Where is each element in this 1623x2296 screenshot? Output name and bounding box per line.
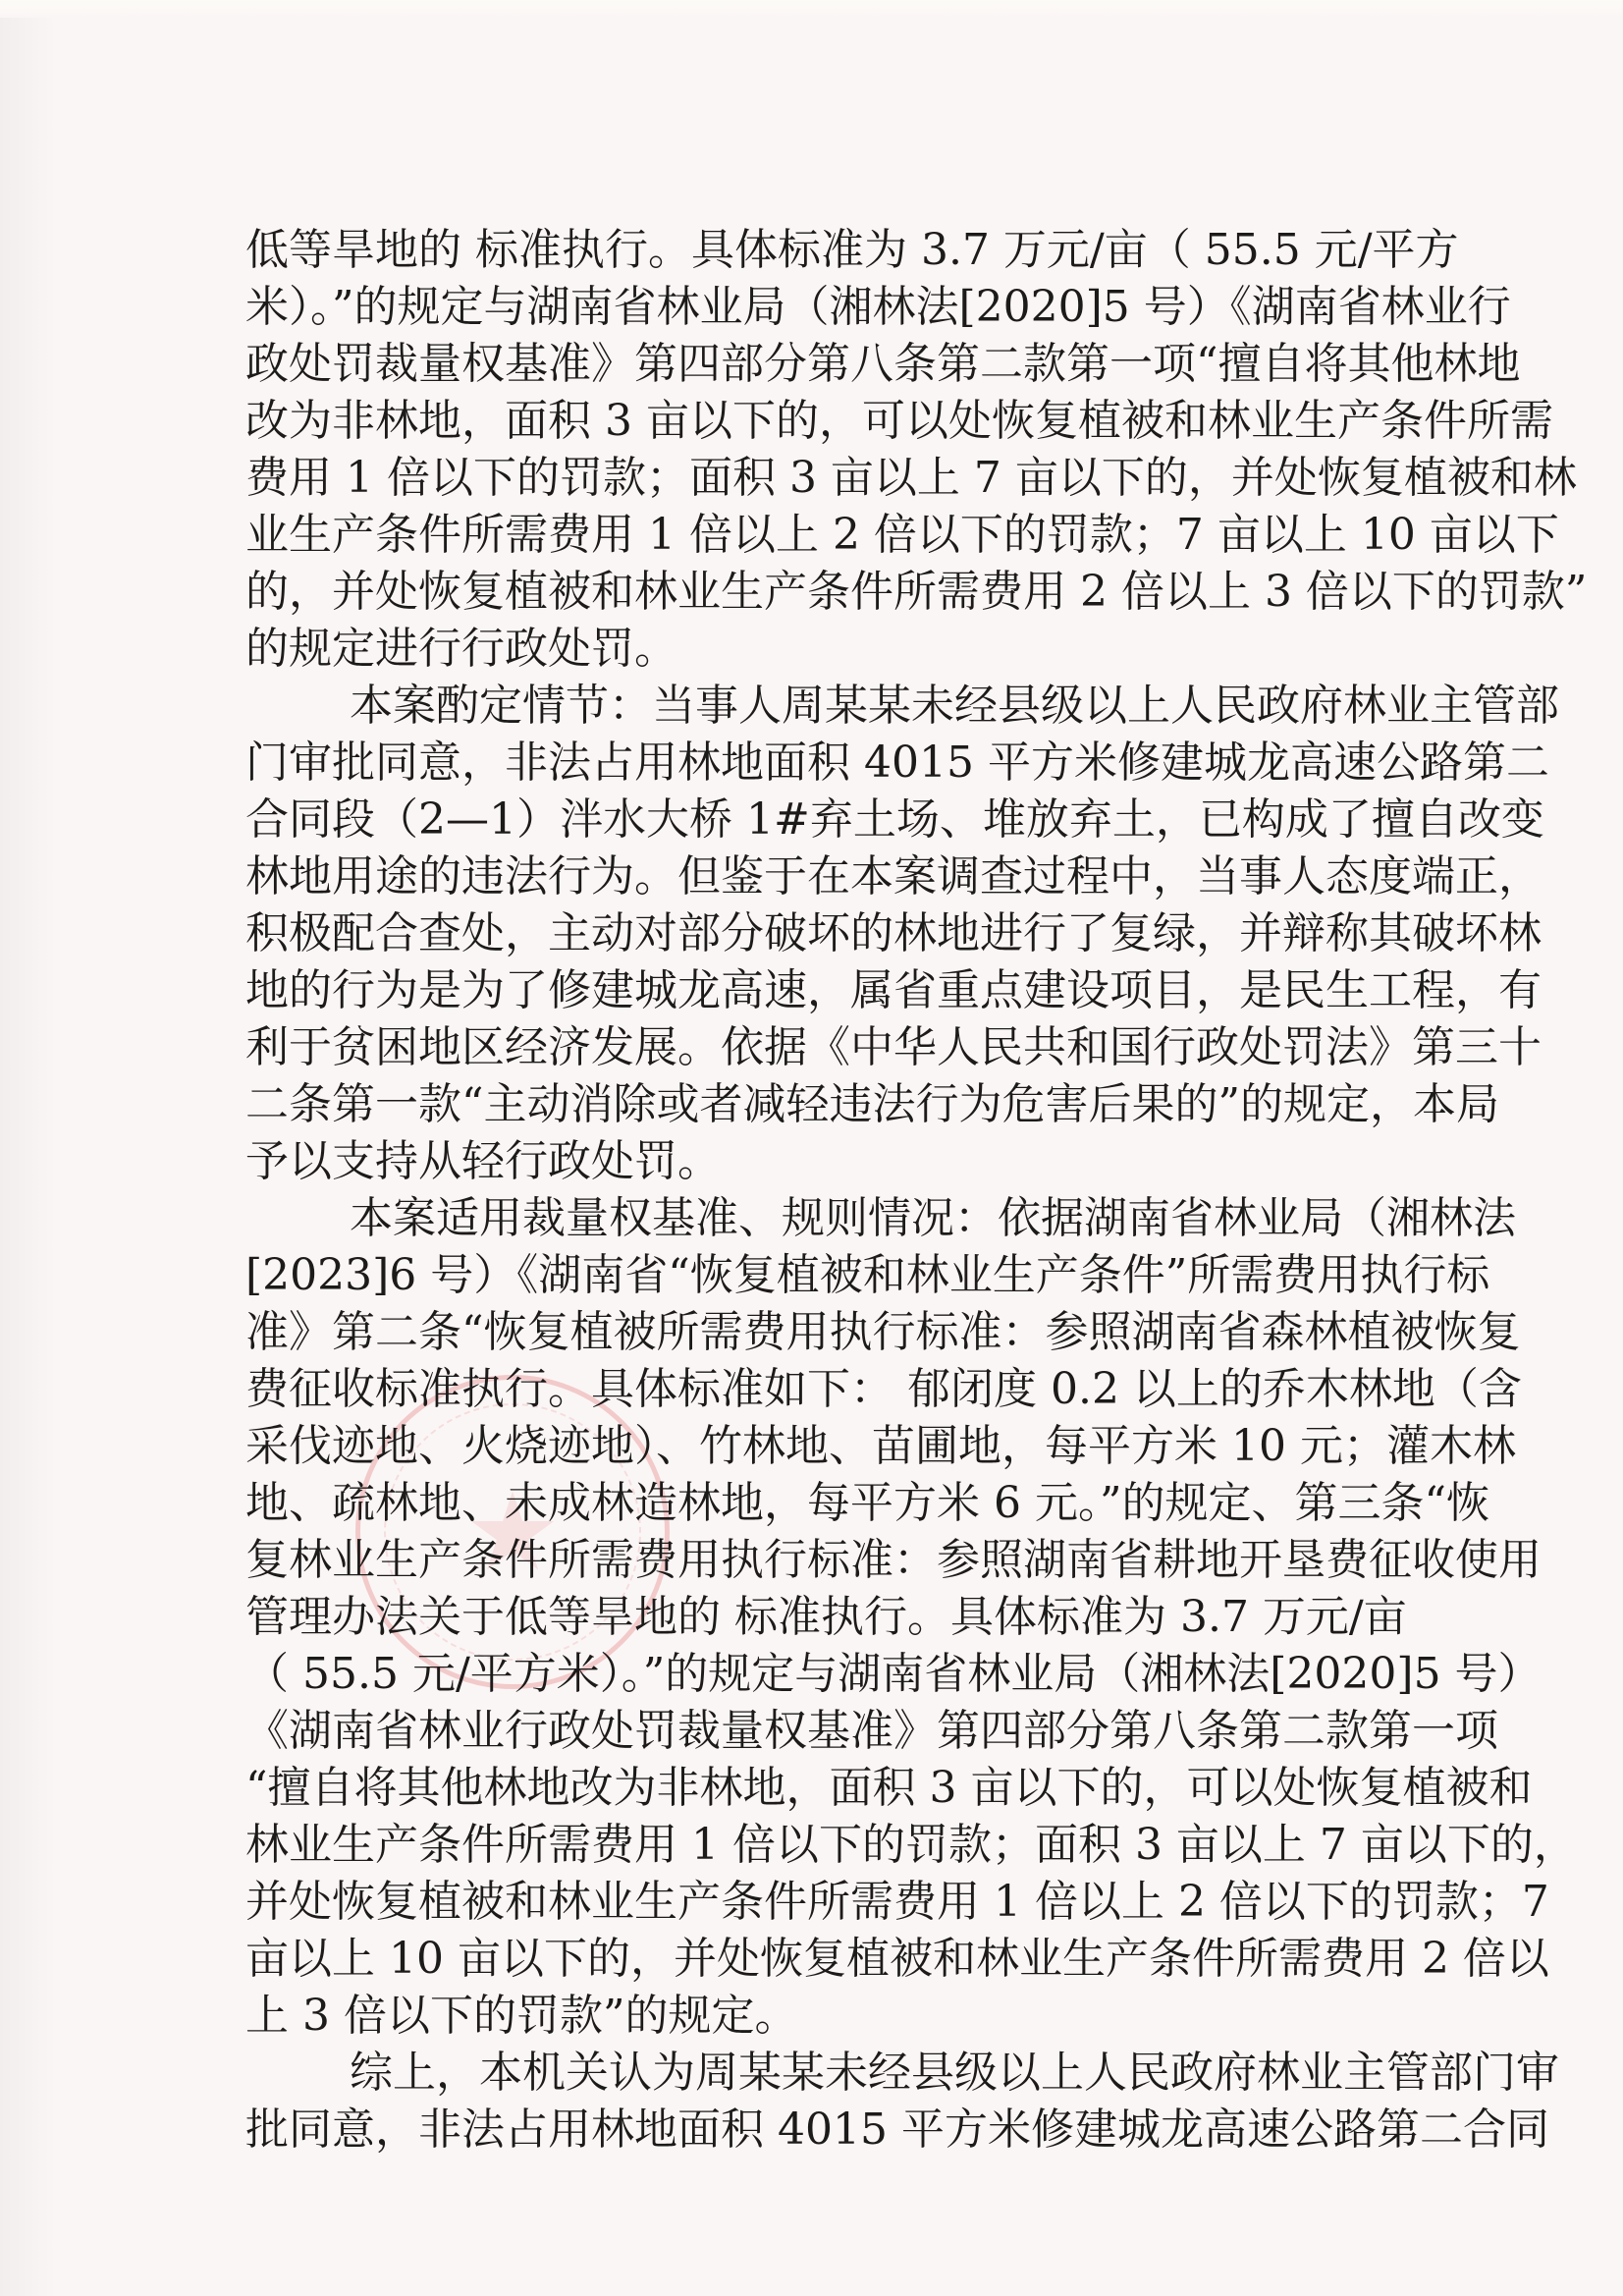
text-line: 予以支持从轻行政处罚。 [245, 1133, 1394, 1190]
text-line: 管理办法关于低等旱地的 标准执行。具体标准为 3.7 万元/亩 [245, 1589, 1394, 1646]
text-line: 批同意，非法占用林地面积 4015 平方米修建城龙高速公路第二合同 [245, 2102, 1394, 2159]
text-line: 费征收标准执行。具体标准如下： 郁闭度 0.2 以上的乔木林地（含 [245, 1361, 1394, 1418]
text-line: 业生产条件所需费用 1 倍以上 2 倍以下的罚款；7 亩以上 10 亩以下 [245, 507, 1394, 564]
text-line: 的，并处恢复植被和林业生产条件所需费用 2 倍以上 3 倍以下的罚款” [245, 564, 1394, 621]
text-line: 改为非林地，面积 3 亩以下的，可以处恢复植被和林业生产条件所需 [245, 393, 1394, 450]
text-line: 费用 1 倍以下的罚款；面积 3 亩以上 7 亩以下的，并处恢复植被和林 [245, 450, 1394, 507]
text-line: 《湖南省林业行政处罚裁量权基准》第四部分第八条第二款第一项 [245, 1703, 1394, 1760]
paragraph-applicable-standards: 本案适用裁量权基准、规则情况：依据湖南省林业局（湘林法 [2023]6 号）《湖… [245, 1190, 1394, 2045]
text-line: （ 55.5 元/平方米）。”的规定与湖南省林业局（湘林法[2020]5 号） [245, 1646, 1394, 1703]
text-line: 准》第二条“恢复植被所需费用执行标准：参照湖南省森林植被恢复 [245, 1304, 1394, 1361]
text-line: 本案适用裁量权基准、规则情况：依据湖南省林业局（湘林法 [245, 1190, 1394, 1247]
text-line: 低等旱地的 标准执行。具体标准为 3.7 万元/亩（ 55.5 元/平方 [245, 222, 1394, 279]
text-line: 地的行为是为了修建城龙高速，属省重点建设项目，是民生工程，有 [245, 962, 1394, 1019]
scan-page-edge-left [0, 0, 57, 2296]
text-line: 林地用途的违法行为。但鉴于在本案调查过程中，当事人态度端正， [245, 848, 1394, 905]
text-line: 复林业生产条件所需费用执行标准：参照湖南省耕地开垦费征收使用 [245, 1532, 1394, 1589]
text-line: 积极配合查处，主动对部分破坏的林地进行了复绿，并辩称其破坏林 [245, 905, 1394, 962]
text-line: 政处罚裁量权基准》第四部分第八条第二款第一项“擅自将其他林地 [245, 336, 1394, 393]
text-line: 采伐迹地、火烧迹地）、竹林地、苗圃地，每平方米 10 元；灌木林 [245, 1418, 1394, 1475]
paragraph-conclusion: 综上，本机关认为周某某未经县级以上人民政府林业主管部门审 批同意，非法占用林地面… [245, 2045, 1394, 2159]
text-line: [2023]6 号）《湖南省“恢复植被和林业生产条件”所需费用执行标 [245, 1247, 1394, 1304]
text-line: 综上，本机关认为周某某未经县级以上人民政府林业主管部门审 [245, 2045, 1394, 2102]
text-line: 合同段（2—1）泮水大桥 1#弃土场、堆放弃土，已构成了擅自改变 [245, 792, 1394, 848]
text-line: 门审批同意，非法占用林地面积 4015 平方米修建城龙高速公路第二 [245, 735, 1394, 792]
text-line: 林业生产条件所需费用 1 倍以下的罚款；面积 3 亩以上 7 亩以下的， [245, 1817, 1394, 1874]
paragraph-continuation: 低等旱地的 标准执行。具体标准为 3.7 万元/亩（ 55.5 元/平方 米）。… [245, 222, 1394, 678]
paragraph-discretion-circumstances: 本案酌定情节：当事人周某某未经县级以上人民政府林业主管部 门审批同意，非法占用林… [245, 678, 1394, 1190]
text-line: 上 3 倍以下的罚款”的规定。 [245, 1988, 1394, 2045]
text-line: 本案酌定情节：当事人周某某未经县级以上人民政府林业主管部 [245, 678, 1394, 735]
text-line: 米）。”的规定与湖南省林业局（湘林法[2020]5 号）《湖南省林业行 [245, 279, 1394, 336]
text-line: 地、疏林地、未成林造林地，每平方米 6 元。”的规定、第三条“恢 [245, 1475, 1394, 1532]
text-line: 利于贫困地区经济发展。依据《中华人民共和国行政处罚法》第三十 [245, 1019, 1394, 1076]
text-line: 亩以上 10 亩以下的，并处恢复植被和林业生产条件所需费用 2 倍以 [245, 1931, 1394, 1988]
text-line: 的规定进行行政处罚。 [245, 621, 1394, 678]
document-body: 低等旱地的 标准执行。具体标准为 3.7 万元/亩（ 55.5 元/平方 米）。… [245, 222, 1394, 2159]
text-line: 并处恢复植被和林业生产条件所需费用 1 倍以上 2 倍以下的罚款；7 [245, 1874, 1394, 1931]
scan-page-edge-top [0, 0, 1623, 18]
text-line: “擅自将其他林地改为非林地，面积 3 亩以下的，可以处恢复植被和 [245, 1760, 1394, 1817]
text-line: 二条第一款“主动消除或者减轻违法行为危害后果的”的规定，本局 [245, 1076, 1394, 1133]
